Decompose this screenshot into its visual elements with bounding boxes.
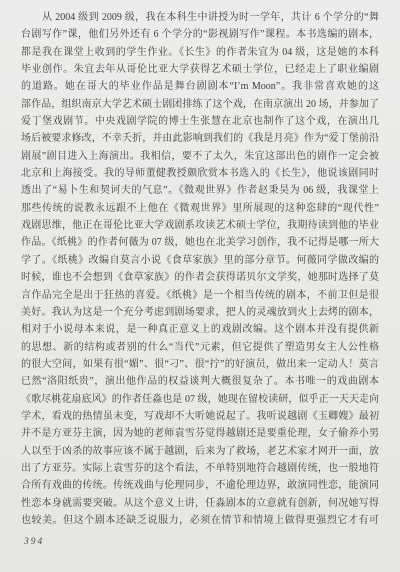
text-line: 戏剧思维，他正在哥伦比亚大学戏剧系攻读艺术硕士学位，我期待读到他的毕业 xyxy=(21,217,379,234)
document-page: 从 2004 级到 2009 级，我在本科生中讲授为时一学年，共计 6 个学分的… xyxy=(0,0,400,572)
text-line: 性恋本身就需要突破。从这个意义上讲，任淼剧本的立意就有创新，何况她写得 xyxy=(21,495,379,512)
page-number: 394 xyxy=(24,537,44,547)
text-line: 剧展”剧目进入上海演出。我相信，要不了太久，朱宜这部出色的剧作一定会被 xyxy=(21,148,379,165)
text-line: 时候，谁也不会想到《食草家族》的作者会获得诺贝尔文学奖，她那时选择了莫 xyxy=(21,269,379,286)
text-line: 《歌尽桃花扇底风》的作者任淼也是 07 级，她现在留校读研，似乎正一天天走向 xyxy=(21,391,379,408)
text-line: 部作品，组织南京大学艺术硕士剧团排练了这个戏，在南京演出 20 场，并参加了 xyxy=(21,96,379,113)
text-line: 并不是方亚芬主演，因为她的老师袁雪芬觉得越剧还是要重伦理，女子偷养小男 xyxy=(21,425,379,442)
text-line: 言作品完全是出于狂热的喜爱。《纸桃》是一个相当传统的剧本，不前卫但是很 xyxy=(21,287,379,304)
text-line: 都是我在课堂上收到的学生作业。《长生》的作者朱宜为 04 级，这是她的本科 xyxy=(21,44,379,61)
text-line: 的很大空间，如果有很“媚”、很“刁”、很“拧”的好演员，做出来一定动人！莫言 xyxy=(21,356,379,373)
text-line: 学术，看戏的热情虽未变，写戏却不大听她说起了。我听说越剧《玉卿嫂》最初 xyxy=(21,408,379,425)
text-line: 的思想、新的结构或者别的什么“当代”元素，但它提供了塑造男女主人公性格 xyxy=(21,339,379,356)
text-line: 毕业创作。朱宜去年从哥伦比亚大学获得艺术硕士学位，已经走上了职业编剧 xyxy=(21,61,379,78)
text-line: 北京和上海接受。我的导师董健教授颇欣赏本书选入的《长生》，他说该剧同时 xyxy=(21,165,379,182)
text-line: 人以至于凶杀的故事应该不属于越剧，后来为了救场，老艺术家才网开一面，放 xyxy=(21,443,379,460)
text-line: 合所有戏曲的传统。传统戏曲与伦理同步，不逾伦理边界，敢演同性恋，能演同 xyxy=(21,477,379,494)
text-line: 美好。我认为这是一个充分考虑到剧场要求，把人的灵魂放到火上去烤的剧本， xyxy=(21,304,379,321)
text-line: 已然“洛阳纸贵”，演出他作品的权益谈判大概很复杂了。本书唯一的戏曲剧本 xyxy=(21,373,379,390)
text-line: 透出了“易卜生和契诃夫的气息”。《微观世界》作者赵秉昊为 06 级，我课堂上 xyxy=(21,182,379,199)
text-line: 爱丁堡戏剧节。中央戏剧学院的博士生张慧在北京也制作了这个戏，在演出几 xyxy=(21,113,379,130)
text-line: 台剧写作”课，他们另外还有 6 个学分的“影视剧写作”课程。本书选编的剧本， xyxy=(21,26,379,43)
text-line: 从 2004 级到 2009 级，我在本科生中讲授为时一学年，共计 6 个学分的… xyxy=(21,9,379,26)
text-line: 那些传统的说教永远跟不上他在《微观世界》里所展现的这种恣肆的“现代性” xyxy=(21,200,379,217)
text-line: 相对于小说母本来说，是一种真正意义上的戏剧改编。这个剧本并没有提供新 xyxy=(21,321,379,338)
text-line: 出了方亚芬。实际上袁雪芬的这个看法，不单特别地符合越剧传统，也一般地符 xyxy=(21,460,379,477)
text-line: 也较美。但这个剧本还缺乏说服力，必须在情节和情境上做得更强烈它才有可 xyxy=(21,512,379,529)
text-line: 作品。《纸桃》的作者何薇为 07 级，她也在北美学习创作，我不记得是哪一所大 xyxy=(21,234,379,251)
text-line: 的道路。她在哥大的毕业作品是舞台剧剧本“I’m Moon”。我非常喜欢她的这 xyxy=(21,78,379,95)
text-line: 场后被要求修改，不幸夭折，并由此影响到我们的《我是月亮》作为“爱丁堡前沿 xyxy=(21,130,379,147)
text-line: 学了。《纸桃》改编自莫言小说《食草家族》里的部分章节。何薇同学做改编的 xyxy=(21,252,379,269)
body-text: 从 2004 级到 2009 级，我在本科生中讲授为时一学年，共计 6 个学分的… xyxy=(21,9,379,529)
